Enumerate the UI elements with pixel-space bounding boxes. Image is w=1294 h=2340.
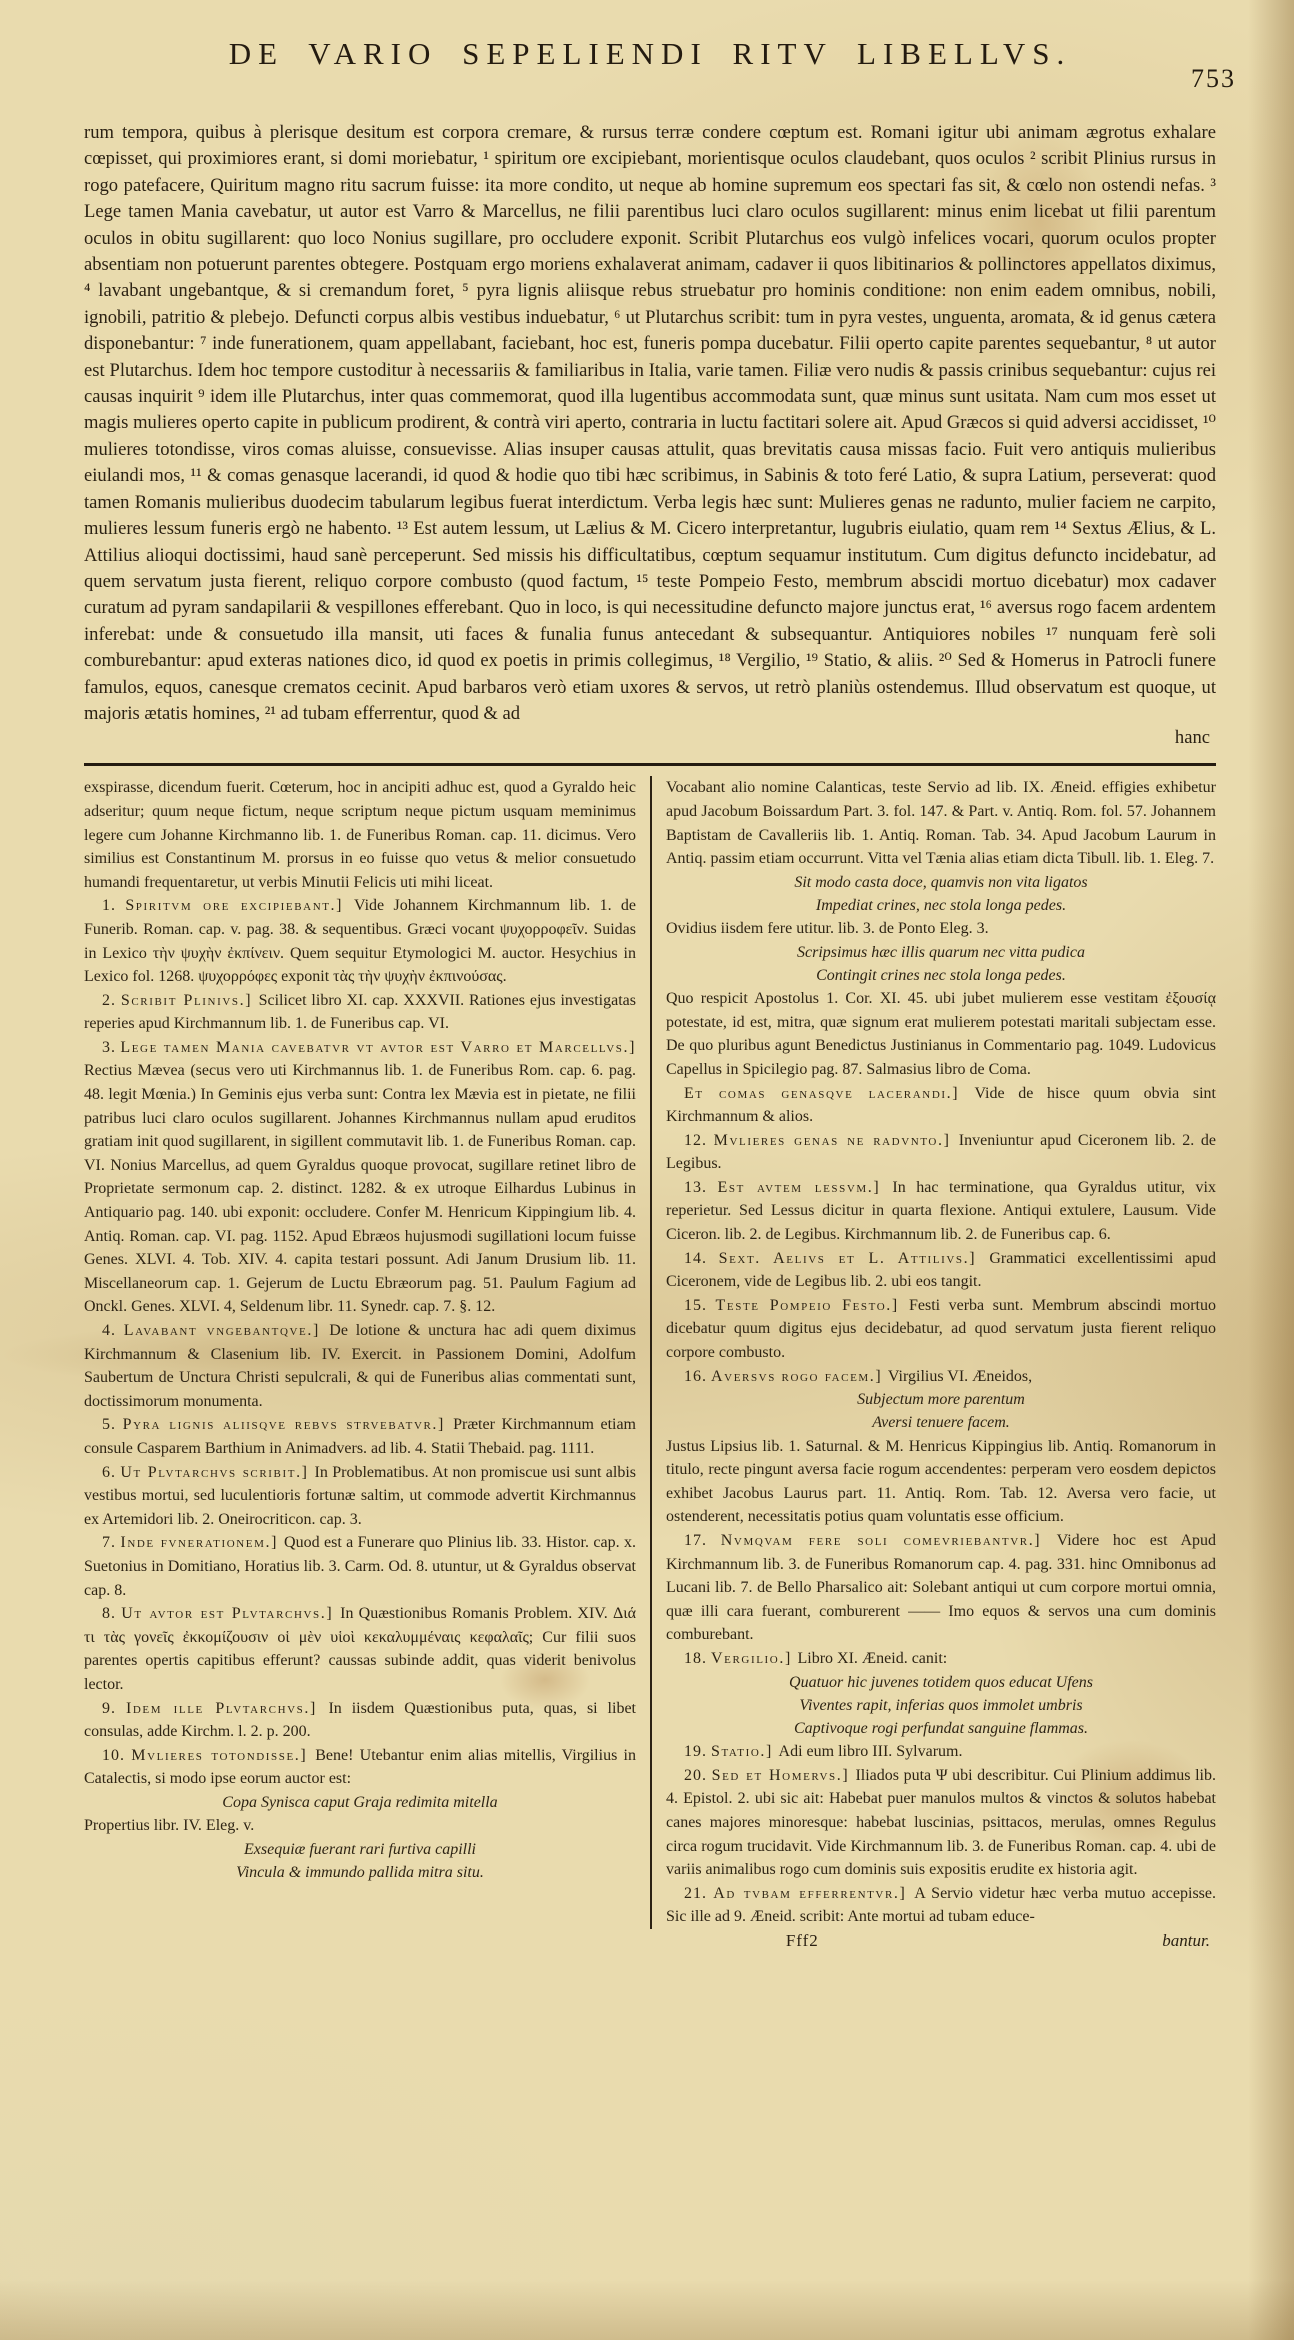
- note-text: Justus Lipsius lib. 1. Saturnal. & M. He…: [666, 1438, 1216, 1526]
- note-lemma: Idem ille Plvtarchvs.]: [126, 1700, 329, 1717]
- note-block: 2. Scribit Plinivs.]Scilicet libro XI. c…: [84, 989, 636, 1036]
- note-block: 19. Statio.]Adi eum libro III. Sylvarum.: [666, 1740, 1216, 1764]
- note-block: 17. Nvmqvam fere soli comevriebantvr.]Vi…: [666, 1529, 1216, 1647]
- commentary-notes: exspirasse, dicendum fuerit. Cœterum, ho…: [84, 776, 1216, 1929]
- note-number: 1.: [102, 897, 116, 914]
- note-block: exspirasse, dicendum fuerit. Cœterum, ho…: [84, 776, 636, 894]
- note-text: Scripsimus hæc illis quarum nec vitta pu…: [797, 944, 1085, 961]
- note-block: Captivoque rogi perfundat sanguine flamm…: [666, 1717, 1216, 1740]
- note-lemma: Ut Plvtarchvs scribit.]: [120, 1464, 314, 1481]
- notes-column-left: exspirasse, dicendum fuerit. Cœterum, ho…: [84, 776, 650, 1929]
- text-block: DE VARIO SEPELIENDI RITV LIBELLVS. 753 r…: [84, 36, 1216, 1961]
- note-lemma: Sext. Aelivs et L. Attilivs.]: [719, 1250, 990, 1267]
- note-block: Ovidius iisdem fere utitur. lib. 3. de P…: [666, 917, 1216, 941]
- note-number: 4.: [102, 1322, 116, 1339]
- note-block: Vincula & immundo pallida mitra situ.: [84, 1861, 636, 1884]
- note-number: 21.: [684, 1885, 707, 1902]
- running-head: DE VARIO SEPELIENDI RITV LIBELLVS. 753: [84, 36, 1216, 106]
- main-text: rum tempora, quibus à plerisque desitum …: [84, 120, 1216, 727]
- notes-column-right: Vocabant alio nomine Calanticas, teste S…: [650, 776, 1216, 1929]
- note-text: Libro XI. Æneid. canit:: [797, 1650, 947, 1667]
- note-block: Et comas genasqve lacerandi.]Vide de his…: [666, 1082, 1216, 1129]
- note-block: 10. Mvlieres totondisse.]Bene! Utebantur…: [84, 1744, 636, 1791]
- note-block: 12. Mvlieres genas ne radvnto.]Inveniunt…: [666, 1129, 1216, 1176]
- note-lemma: Ad tvbam efferrentvr.]: [713, 1885, 914, 1902]
- note-number: 17.: [684, 1532, 707, 1549]
- note-number: 8.: [102, 1605, 116, 1622]
- page-title: DE VARIO SEPELIENDI RITV LIBELLVS.: [229, 36, 1072, 72]
- note-text: Ovidius iisdem fere utitur. lib. 3. de P…: [666, 920, 989, 937]
- note-lemma: Nvmqvam fere soli comevriebantvr.]: [721, 1532, 1057, 1549]
- note-number: 3.: [102, 1039, 116, 1056]
- note-block: 5. Pyra lignis aliisqve rebvs strvebatvr…: [84, 1413, 636, 1460]
- note-block: Quo respicit Apostolus 1. Cor. XI. 45. u…: [666, 987, 1216, 1081]
- note-text: Copa Synisca caput Graja redimita mitell…: [222, 1794, 497, 1811]
- note-block: Propertius libr. IV. Eleg. v.: [84, 1814, 636, 1838]
- note-text: Quo respicit Apostolus 1. Cor. XI. 45. u…: [666, 990, 1216, 1078]
- note-block: Copa Synisca caput Graja redimita mitell…: [84, 1791, 636, 1814]
- note-block: Contingit crines nec stola longa pedes.: [666, 964, 1216, 987]
- note-block: 9. Idem ille Plvtarchvs.]In iisdem Quæst…: [84, 1697, 636, 1744]
- page-edge-shading: [1248, 0, 1294, 2340]
- note-text: Quatuor hic juvenes totidem quos educat …: [789, 1674, 1093, 1691]
- note-text: Aversi tenuere facem.: [872, 1414, 1010, 1431]
- note-lemma: Lavabant vngebantqve.]: [124, 1322, 330, 1339]
- note-text: Viventes rapit, inferias quos immolet um…: [799, 1697, 1082, 1714]
- note-number: 10.: [102, 1747, 125, 1764]
- note-block: Exsequiæ fuerant rari furtiva capilli: [84, 1838, 636, 1861]
- note-lemma: Sed et Homervs.]: [712, 1767, 856, 1784]
- page-edge-shading: [0, 2280, 1294, 2340]
- note-block: 8. Ut avtor est Plvtarchvs.]In Quæstioni…: [84, 1602, 636, 1696]
- note-text: Captivoque rogi perfundat sanguine flamm…: [794, 1720, 1088, 1737]
- note-block: 18. Vergilio.]Libro XI. Æneid. canit:: [666, 1647, 1216, 1671]
- note-text: Vincula & immundo pallida mitra situ.: [236, 1864, 484, 1881]
- catchword-bottom: bantur.: [1162, 1931, 1210, 1951]
- note-block: 13. Est avtem lessvm.]In hac termination…: [666, 1176, 1216, 1247]
- note-block: Aversi tenuere facem.: [666, 1411, 1216, 1434]
- note-lemma: Spiritvm ore excipiebant.]: [125, 897, 354, 914]
- note-block: Viventes rapit, inferias quos immolet um…: [666, 1694, 1216, 1717]
- note-lemma: Teste Pompeio Festo.]: [716, 1297, 909, 1314]
- note-text: Impediat crines, nec stola longa pedes.: [816, 897, 1066, 914]
- page-number: 753: [1191, 64, 1236, 94]
- note-number: 2.: [102, 992, 116, 1009]
- note-block: 6. Ut Plvtarchvs scribit.]In Problematib…: [84, 1461, 636, 1532]
- note-lemma: Aversvs rogo facem.]: [711, 1368, 888, 1385]
- note-text: exspirasse, dicendum fuerit. Cœterum, ho…: [84, 779, 636, 890]
- note-block: Sit modo casta doce, quamvis non vita li…: [666, 871, 1216, 894]
- note-block: 7. Inde fvnerationem.]Quod est a Funerar…: [84, 1531, 636, 1602]
- note-number: 16.: [684, 1368, 707, 1385]
- note-block: 3. Lege tamen Mania cavebatvr vt avtor e…: [84, 1036, 636, 1319]
- note-text: Propertius libr. IV. Eleg. v.: [84, 1817, 254, 1834]
- note-lemma: Pyra lignis aliisqve rebvs strvebatvr.]: [123, 1416, 454, 1433]
- note-number: 15.: [684, 1297, 707, 1314]
- note-lemma: Mvlieres genas ne radvnto.]: [714, 1132, 959, 1149]
- catchword-main: hanc: [84, 727, 1216, 757]
- note-block: 15. Teste Pompeio Festo.]Festi verba sun…: [666, 1294, 1216, 1365]
- note-number: 5.: [102, 1416, 116, 1433]
- note-block: Subjectum more parentum: [666, 1388, 1216, 1411]
- note-number: 14.: [684, 1250, 707, 1267]
- note-lemma: Et comas genasqve lacerandi.]: [684, 1085, 974, 1102]
- note-block: Quatuor hic juvenes totidem quos educat …: [666, 1671, 1216, 1694]
- note-block: Scripsimus hæc illis quarum nec vitta pu…: [666, 941, 1216, 964]
- section-rule: [84, 763, 1216, 766]
- book-page: DE VARIO SEPELIENDI RITV LIBELLVS. 753 r…: [0, 0, 1294, 2340]
- note-number: 19.: [684, 1743, 707, 1760]
- note-text: Vocabant alio nomine Calanticas, teste S…: [666, 779, 1216, 867]
- note-text: Contingit crines nec stola longa pedes.: [816, 967, 1066, 984]
- note-block: 1. Spiritvm ore excipiebant.]Vide Johann…: [84, 894, 636, 988]
- note-lemma: Statio.]: [711, 1743, 779, 1760]
- note-number: 12.: [684, 1132, 707, 1149]
- note-block: Vocabant alio nomine Calanticas, teste S…: [666, 776, 1216, 870]
- note-block: 20. Sed et Homervs.]Iliados puta Ψ ubi d…: [666, 1764, 1216, 1882]
- note-block: 14. Sext. Aelivs et L. Attilivs.]Grammat…: [666, 1247, 1216, 1294]
- note-text: Exsequiæ fuerant rari furtiva capilli: [244, 1841, 476, 1858]
- note-number: 13.: [684, 1179, 707, 1196]
- note-lemma: Scribit Plinivs.]: [121, 992, 259, 1009]
- note-number: 18.: [684, 1650, 707, 1667]
- note-lemma: Est avtem lessvm.]: [718, 1179, 893, 1196]
- note-block: 16. Aversvs rogo facem.]Virgilius VI. Æn…: [666, 1365, 1216, 1389]
- note-block: 21. Ad tvbam efferrentvr.]A Servio videt…: [666, 1882, 1216, 1929]
- note-lemma: Inde fvnerationem.]: [120, 1534, 284, 1551]
- note-lemma: Mvlieres totondisse.]: [131, 1747, 315, 1764]
- note-number: 6.: [102, 1464, 116, 1481]
- note-lemma: Lege tamen Mania cavebatvr vt avtor est …: [120, 1039, 636, 1056]
- note-number: 20.: [684, 1767, 707, 1784]
- note-block: Impediat crines, nec stola longa pedes.: [666, 894, 1216, 917]
- note-lemma: Ut avtor est Plvtarchvs.]: [121, 1605, 340, 1622]
- note-lemma: Vergilio.]: [711, 1650, 797, 1667]
- note-number: 9.: [102, 1700, 116, 1717]
- note-block: 4. Lavabant vngebantqve.]De lotione & un…: [84, 1319, 636, 1413]
- note-text: Rectius Mævea (secus vero uti Kirchmannu…: [84, 1062, 636, 1315]
- note-number: 7.: [102, 1534, 116, 1551]
- note-text: Subjectum more parentum: [857, 1391, 1025, 1408]
- note-text: Sit modo casta doce, quamvis non vita li…: [794, 874, 1087, 891]
- note-block: Justus Lipsius lib. 1. Saturnal. & M. He…: [666, 1435, 1216, 1529]
- signature-line: Fff2 bantur.: [84, 1931, 1216, 1961]
- gathering-signature: Fff2: [786, 1931, 819, 1951]
- note-text: Virgilius VI. Æneidos,: [888, 1368, 1032, 1385]
- note-text: Adi eum libro III. Sylvarum.: [779, 1743, 963, 1760]
